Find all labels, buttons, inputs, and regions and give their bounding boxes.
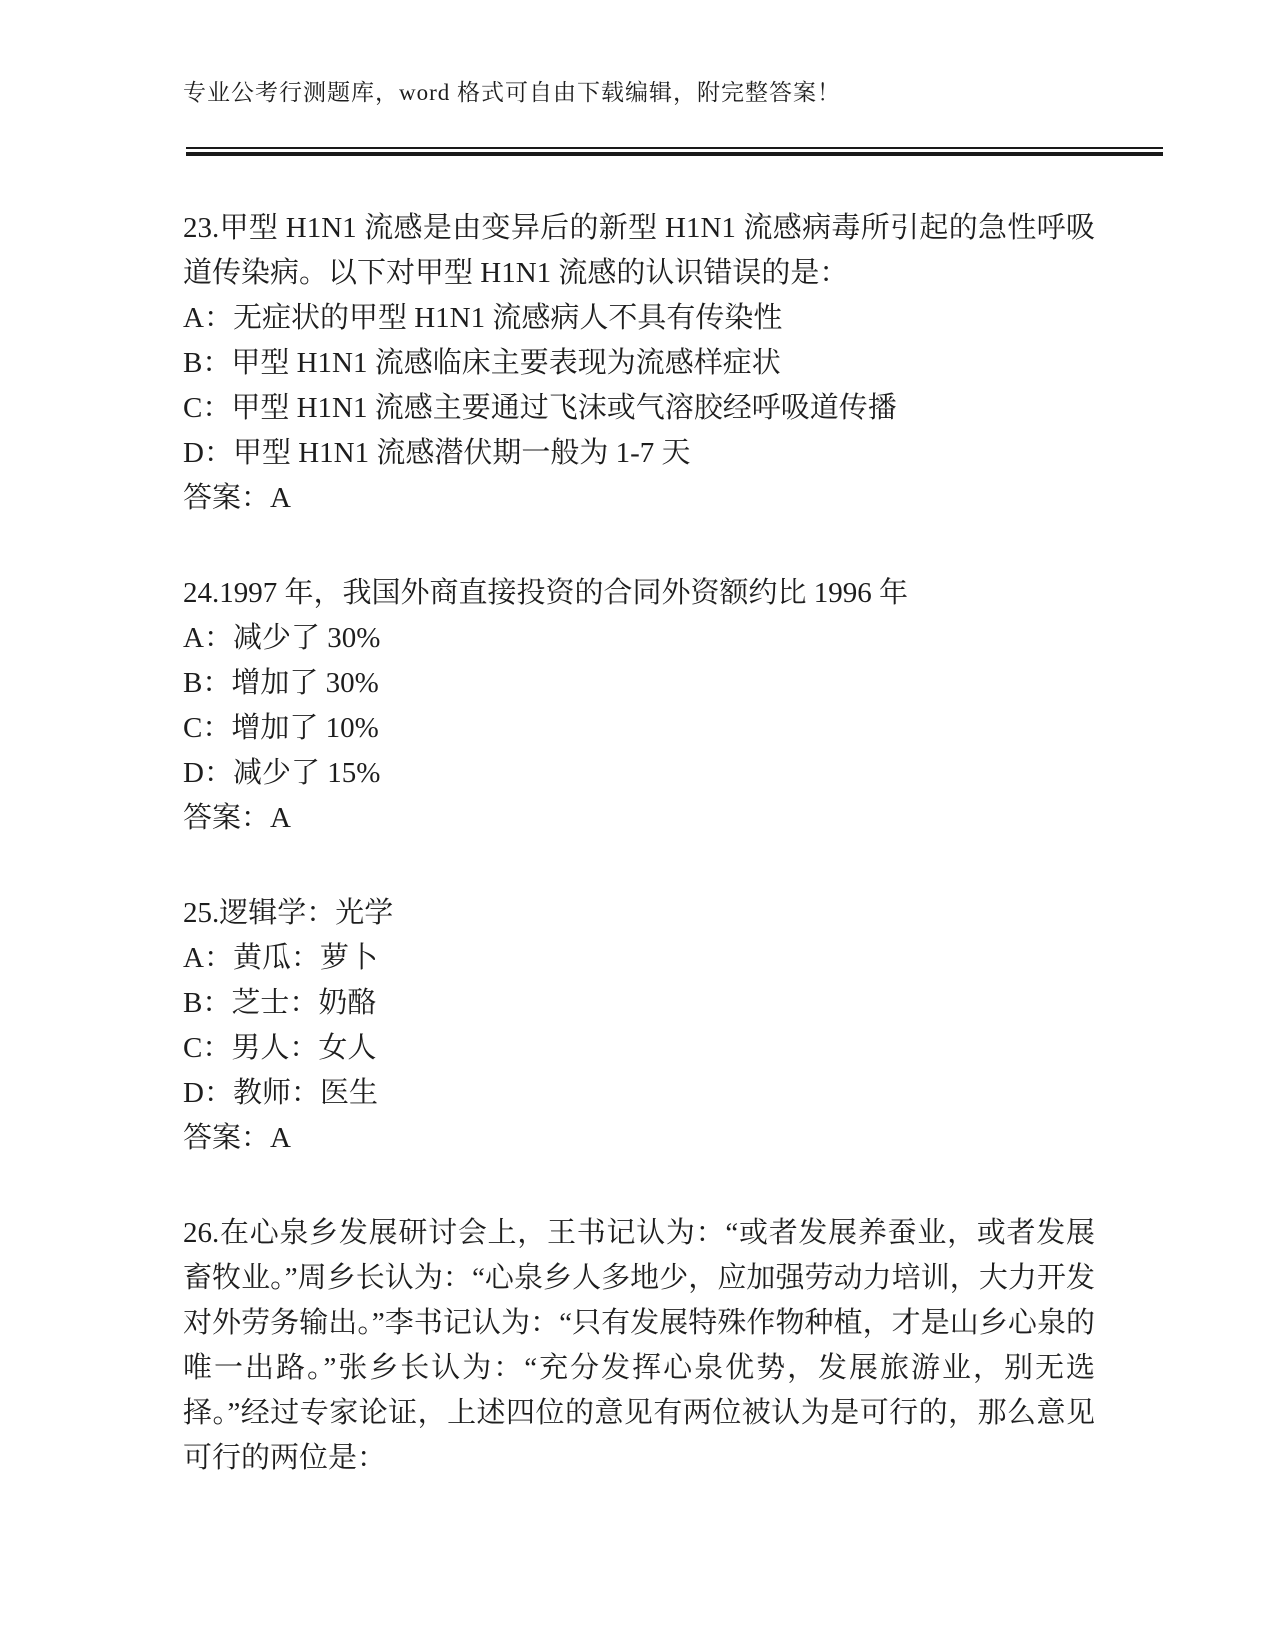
option-b: B：芝士：奶酪 bbox=[183, 981, 1095, 1026]
option-d: D：减少了 15% bbox=[183, 751, 1095, 796]
option-c: C：甲型 H1N1 流感主要通过飞沫或气溶胶经呼吸道传播 bbox=[183, 386, 1095, 431]
page-header: 专业公考行测题库，word 格式可自由下载编辑，附完整答案！ bbox=[0, 0, 1275, 156]
option-a: A：无症状的甲型 H1N1 流感病人不具有传染性 bbox=[183, 296, 1095, 341]
option-c: C：增加了 10% bbox=[183, 706, 1095, 751]
header-text: 专业公考行测题库，word 格式可自由下载编辑，附完整答案！ bbox=[183, 0, 1275, 109]
question-23: 23.甲型 H1N1 流感是由变异后的新型 H1N1 流感病毒所引起的急性呼吸道… bbox=[183, 206, 1095, 521]
question-stem: 25.逻辑学：光学 bbox=[183, 891, 1095, 936]
answer-line: 答案：A bbox=[183, 796, 1095, 841]
answer-line: 答案：A bbox=[183, 1116, 1095, 1161]
document-page: 专业公考行测题库，word 格式可自由下载编辑，附完整答案！ 23.甲型 H1N… bbox=[0, 0, 1275, 1650]
option-d: D：甲型 H1N1 流感潜伏期一般为 1-7 天 bbox=[183, 431, 1095, 476]
option-c: C：男人：女人 bbox=[183, 1026, 1095, 1071]
option-a: A：减少了 30% bbox=[183, 616, 1095, 661]
question-stem: 26.在心泉乡发展研讨会上，王书记认为：“或者发展养蚕业，或者发展畜牧业。”周乡… bbox=[183, 1211, 1095, 1481]
answer-line: 答案：A bbox=[183, 476, 1095, 521]
option-a: A：黄瓜：萝卜 bbox=[183, 936, 1095, 981]
option-b: B：增加了 30% bbox=[183, 661, 1095, 706]
option-d: D：教师：医生 bbox=[183, 1071, 1095, 1116]
question-stem: 24.1997 年，我国外商直接投资的合同外资额约比 1996 年 bbox=[183, 571, 1095, 616]
question-26: 26.在心泉乡发展研讨会上，王书记认为：“或者发展养蚕业，或者发展畜牧业。”周乡… bbox=[183, 1211, 1095, 1481]
question-24: 24.1997 年，我国外商直接投资的合同外资额约比 1996 年 A：减少了 … bbox=[183, 571, 1095, 841]
question-stem: 23.甲型 H1N1 流感是由变异后的新型 H1N1 流感病毒所引起的急性呼吸道… bbox=[183, 206, 1095, 296]
question-25: 25.逻辑学：光学 A：黄瓜：萝卜 B：芝士：奶酪 C：男人：女人 D：教师：医… bbox=[183, 891, 1095, 1161]
header-divider bbox=[186, 147, 1163, 156]
question-list: 23.甲型 H1N1 流感是由变异后的新型 H1N1 流感病毒所引起的急性呼吸道… bbox=[183, 206, 1095, 1481]
option-b: B：甲型 H1N1 流感临床主要表现为流感样症状 bbox=[183, 341, 1095, 386]
